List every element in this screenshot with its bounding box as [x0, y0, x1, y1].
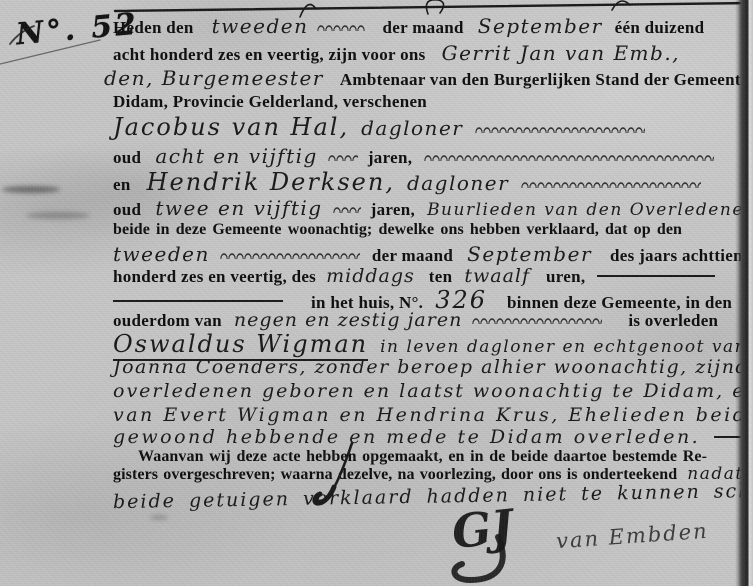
handwritten-occupation: dagloner	[407, 171, 509, 195]
printed-segment: ten	[429, 267, 453, 286]
scan-smudge	[150, 515, 168, 520]
handwritten-age-of-deceased: negen en zestig jaren	[234, 309, 462, 331]
printed-segment: binnen deze Gemeente, in den	[507, 293, 732, 312]
printed-segment: oud	[113, 148, 141, 167]
filler-stroke	[475, 125, 645, 133]
top-rule	[115, 3, 753, 11]
printed-segment: ouderdom van	[113, 311, 222, 330]
printed-segment: Waanvan wij deze acte hebben opgemaakt, …	[138, 448, 707, 465]
handwritten-official-name: Gerrit Jan van Emb.,	[442, 41, 680, 65]
form-line-11: honderd zes en veertig, des middags ten …	[113, 267, 715, 286]
form-line-9: beide in deze Gemeente woonachtig; dewel…	[113, 222, 682, 238]
handwritten-hour: twaalf	[464, 265, 530, 287]
printed-segment: gisters overgeschreven; waarna dezelve, …	[113, 466, 677, 483]
printed-segment: één duizend	[615, 18, 705, 37]
filler-stroke	[424, 153, 714, 161]
form-line-18: gewoond hebbende en mede te Didam overle…	[113, 428, 753, 447]
form-line-13: ouderdom van negen en zestig jaren is ov…	[113, 311, 718, 330]
printed-segment: Didam, Provincie Gelderland, verschenen	[113, 92, 427, 111]
handwritten-daypart: middags	[326, 265, 415, 287]
page-edge-shadow	[735, 0, 753, 586]
form-line-1: Heden den tweeden der maand September éé…	[113, 16, 704, 37]
stray-stroke	[612, 1, 630, 10]
form-line-7: en Hendrik Derksen, dagloner	[113, 170, 701, 194]
printed-segment: Ambtenaar van den Burgerlijken Stand der…	[340, 70, 749, 89]
printed-segment: acht honderd zes en veertig, zijn voor o…	[113, 45, 426, 64]
printed-segment: beide in deze Gemeente woonachtig; dewel…	[113, 221, 682, 238]
filler-stroke	[220, 251, 360, 259]
handwritten-month: September	[478, 14, 603, 38]
filler-stroke	[521, 180, 701, 188]
handwritten-witness-note: beide getuigen verklaard hadden niet te …	[113, 479, 753, 513]
printed-segment: uren,	[546, 267, 585, 286]
form-line-15: Joanna Coenders, zonder beroep alhier wo…	[113, 358, 753, 377]
handwritten-parents-names: van Evert Wigman en Hendrina Krus, Eheli…	[113, 404, 753, 426]
printed-segment: oud	[113, 200, 141, 219]
form-line-16: overledenen geboren en laatst woonachtig…	[113, 382, 753, 401]
filler-stroke	[328, 153, 358, 161]
handwritten-age: acht en vijftig	[155, 144, 318, 168]
signature-initials: GJ	[449, 499, 515, 559]
handwritten-day: tweeden	[212, 14, 309, 38]
printed-segment: en	[113, 175, 131, 194]
printed-segment: der maand	[372, 246, 453, 265]
handwritten-spouse-name: Joanna Coenders, zonder beroep alhier wo…	[113, 356, 753, 378]
filler-dash	[597, 275, 715, 277]
form-line-3: den, Burgemeester Ambtenaar van den Burg…	[104, 68, 749, 89]
filler-stroke	[472, 316, 602, 324]
form-line-17: van Evert Wigman en Hendrina Krus, Eheli…	[113, 406, 753, 425]
scan-smudge	[26, 212, 90, 219]
form-line-5: Jacobus van Hal, dagloner	[113, 115, 645, 139]
form-line-14: Oswaldus Wigman in leven dagloner en ech…	[113, 332, 747, 356]
signature-name: van Embden	[555, 519, 709, 554]
blank-rule	[113, 300, 283, 302]
form-line-20: gisters overgeschreven; waarna dezelve, …	[113, 466, 744, 483]
stray-stroke	[426, 0, 443, 14]
printed-segment: is overleden	[628, 311, 718, 330]
form-line-6: oud acht en vijftig jaren,	[113, 146, 714, 167]
handwritten-witness1-name: Jacobus van Hal,	[113, 113, 349, 141]
printed-segment: jaren,	[368, 148, 412, 167]
form-line-4: Didam, Provincie Gelderland, verschenen	[113, 93, 427, 111]
handwritten-title: den, Burgemeester	[104, 66, 324, 90]
form-line-2: acht honderd zes en veertig, zijn voor o…	[113, 43, 680, 64]
printed-segment: jaren,	[371, 200, 415, 219]
handwritten-month: September	[467, 242, 592, 266]
printed-segment: der maand	[383, 18, 464, 37]
form-line-8: oud twee en vijftig jaren, Buurlieden va…	[113, 198, 753, 219]
handwritten-relation: Buurlieden van den Overledenen	[427, 200, 753, 220]
handwritten-segment: overledenen geboren en laatst woonachtig…	[113, 380, 753, 402]
form-line-21: beide getuigen verklaard hadden niet te …	[113, 481, 753, 512]
printed-segment: des jaars achttien	[610, 246, 743, 265]
handwritten-segment: in leven dagloner en echtgenoot van	[380, 337, 747, 357]
handwritten-day: tweeden	[113, 242, 210, 266]
filler-stroke	[317, 23, 365, 31]
handwritten-occupation: dagloner	[361, 116, 463, 140]
handwritten-witness2-name: Hendrik Derksen,	[147, 168, 395, 196]
handwritten-segment: gewoond hebbende en mede te Didam overle…	[113, 426, 700, 448]
form-line-10: tweeden der maand September des jaars ac…	[113, 244, 743, 265]
filler-stroke	[333, 205, 361, 213]
scanned-death-certificate: N°. 52 Heden den tweeden der maand Septe…	[0, 0, 753, 586]
printed-segment: honderd zes en veertig, des	[113, 267, 316, 286]
printed-segment: Heden den	[113, 18, 194, 37]
form-line-19: Waanvan wij deze acte hebben opgemaakt, …	[138, 449, 707, 465]
scan-smudge	[2, 186, 60, 193]
handwritten-age: twee en vijftig	[155, 196, 322, 220]
